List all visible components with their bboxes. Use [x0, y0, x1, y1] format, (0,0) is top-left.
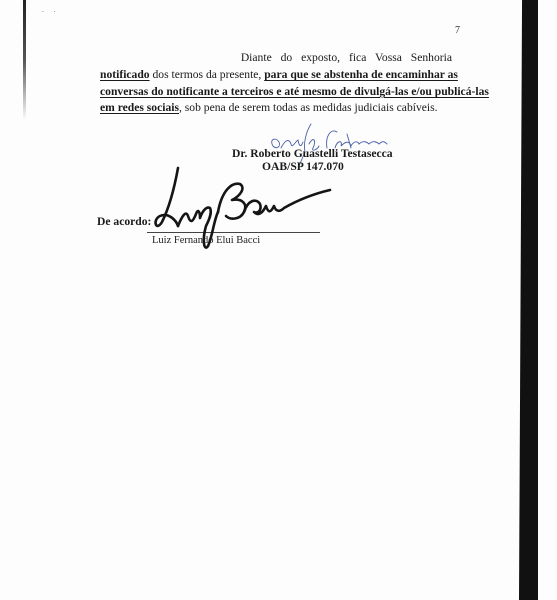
client-signature — [148, 160, 333, 255]
scan-left-edge — [23, 0, 26, 120]
abstain-emphasis: para que se abstenha de encaminhar as — [264, 68, 458, 81]
agreement-label: De acordo: — [97, 215, 151, 228]
conversations-emphasis: conversas do notificante a terceiros e a… — [100, 85, 489, 98]
paragraph-line-2: notificado dos termos da presente, para … — [100, 68, 452, 82]
lawyer-name: Dr. Roberto Guastelli Testasecca — [232, 147, 393, 160]
line4-plain: , sob pena de serem todas as medidas jud… — [179, 101, 438, 114]
paragraph-line-1: Diante do exposto, fica Vossa Senhoria — [241, 51, 452, 65]
social-media-emphasis: em redes sociais — [100, 101, 179, 114]
paragraph-line-3: conversas do notificante a terceiros e a… — [100, 85, 452, 99]
paragraph-line-4: em redes sociais, sob pena de serem toda… — [100, 101, 438, 115]
scan-right-border — [519, 0, 538, 600]
scan-specks: . . — [42, 6, 59, 14]
page-number: 7 — [455, 25, 460, 36]
notified-emphasis: notificado — [100, 68, 150, 81]
line2-plain: dos termos da presente, — [150, 68, 265, 81]
